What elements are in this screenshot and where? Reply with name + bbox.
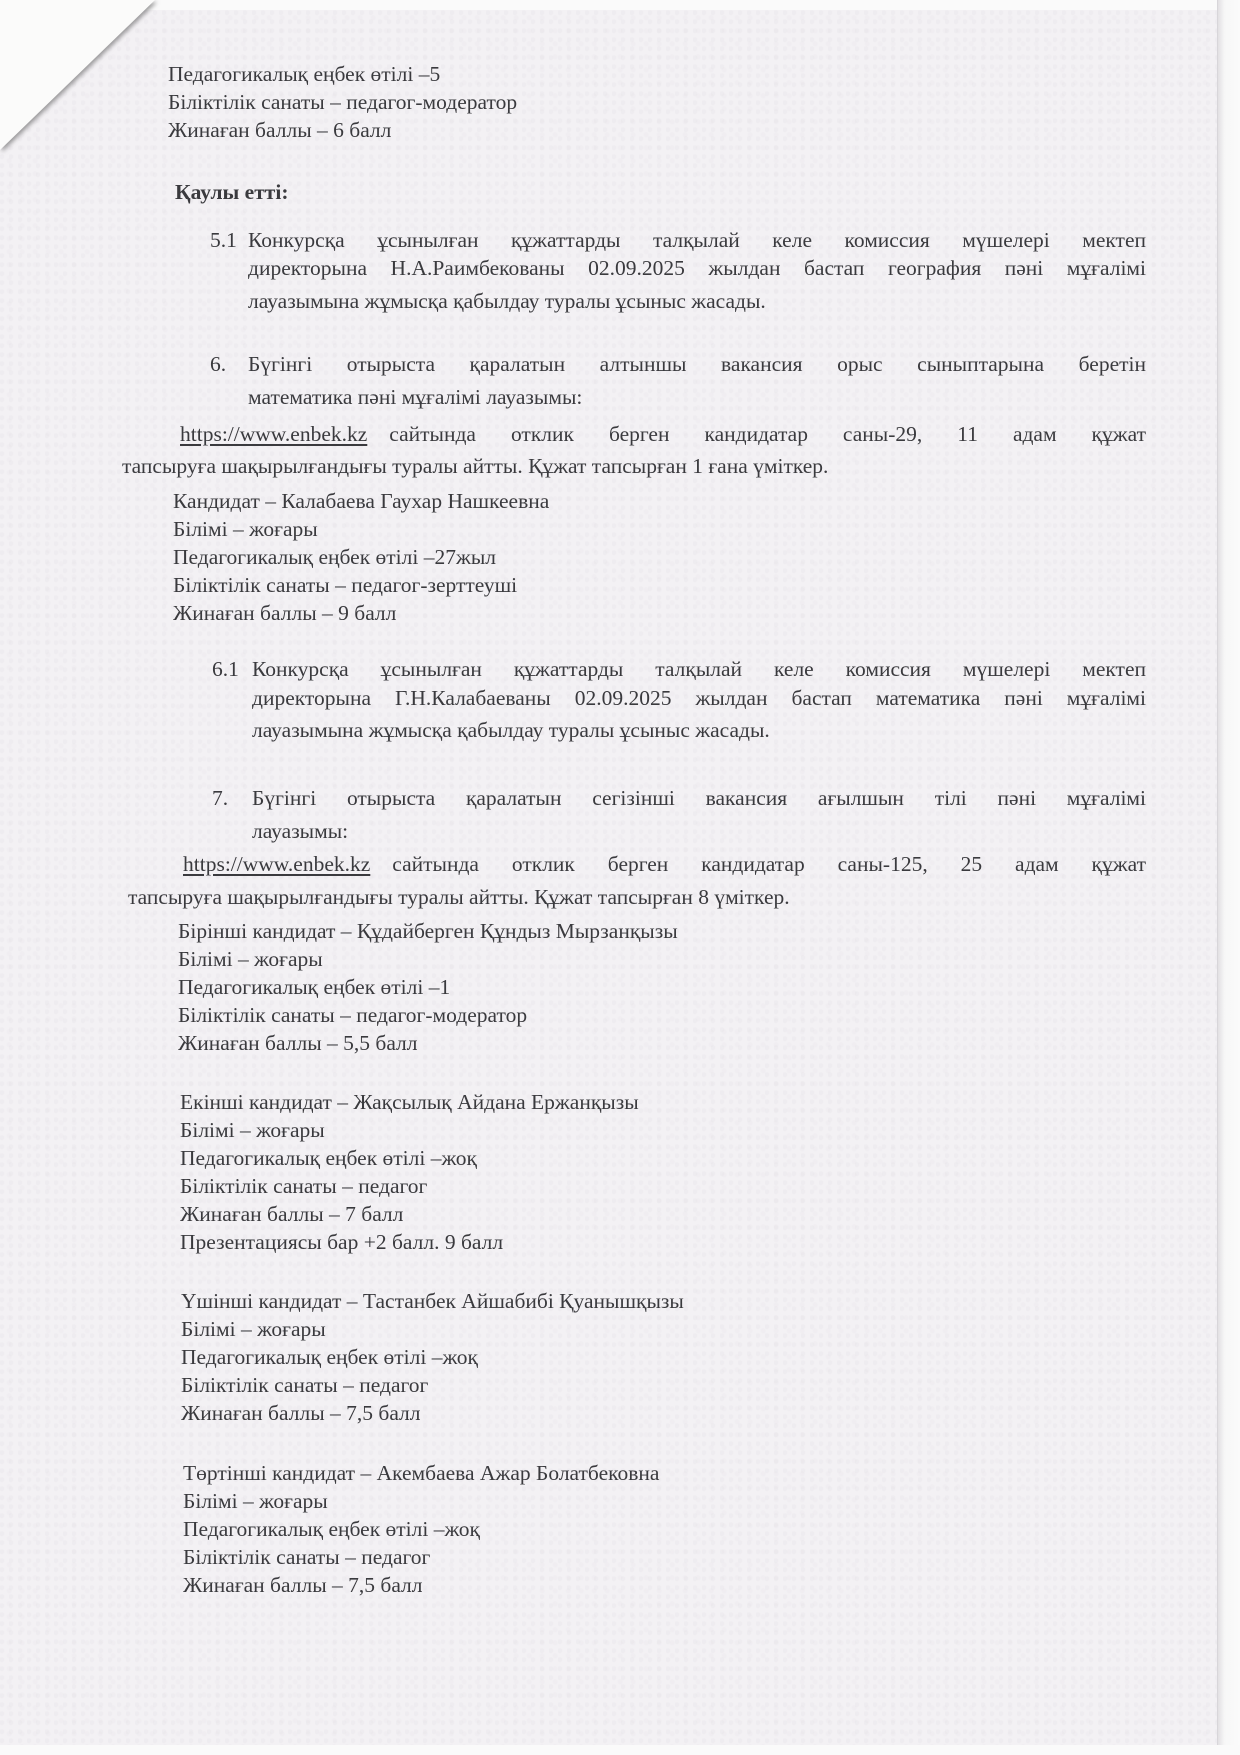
candidate-category: Біліктілік санаты – педагог-модератор bbox=[178, 1001, 678, 1029]
candidate-score: Жинаған баллы – 7,5 балл bbox=[181, 1399, 684, 1427]
candidate-name: Бірінші кандидат – Құдайберген Құндыз Мы… bbox=[178, 917, 678, 945]
item-5-1-line1: Конкурсқа ұсынылған құжаттарды талқылай … bbox=[248, 226, 1146, 254]
item-6-1-line3: лауазымына жұмысқа қабылдау туралы ұсыны… bbox=[252, 716, 770, 744]
item-6-1-line2: директорына Г.Н.Калабаеваны 02.09.2025 ж… bbox=[252, 684, 1146, 712]
item-5-1-number: 5.1 bbox=[210, 226, 237, 254]
item-7-line3: https://www.enbek.kz сайтында отклик бер… bbox=[183, 850, 1146, 878]
candidate-category: Біліктілік санаты – педагог bbox=[183, 1543, 659, 1571]
candidate-experience: Педагогикалық еңбек өтілі –27жыл bbox=[173, 543, 549, 571]
candidate-education: Білімі – жоғары bbox=[183, 1487, 659, 1515]
item-6-1-line1: Конкурсқа ұсынылған құжаттарды талқылай … bbox=[252, 655, 1146, 683]
candidate-category: Біліктілік санаты – педагог-зерттеуші bbox=[173, 571, 549, 599]
candidate-score: Жинаған баллы – 5,5 балл bbox=[178, 1029, 678, 1057]
item-6-line4: тапсыруға шақырылғандығы туралы айтты. Қ… bbox=[122, 452, 828, 480]
item-7-candidate-3: Үшінші кандидат – Тастанбек Айшабибі Қуа… bbox=[181, 1287, 684, 1427]
item-7-number: 7. bbox=[212, 784, 228, 812]
item-6-line1: Бүгінгі отырыста қаралатын алтыншы вакан… bbox=[248, 350, 1146, 378]
item-7-candidate-4: Төртінші кандидат – Акембаева Ажар Болат… bbox=[183, 1459, 659, 1599]
candidate-name: Төртінші кандидат – Акембаева Ажар Болат… bbox=[183, 1459, 659, 1487]
candidate-category: Біліктілік санаты – педагог bbox=[181, 1371, 684, 1399]
candidate-experience: Педагогикалық еңбек өтілі –1 bbox=[178, 973, 678, 1001]
candidate-name: Кандидат – Калабаева Гаухар Нашкеевна bbox=[173, 487, 549, 515]
candidate-extra: Презентациясы бар +2 балл. 9 балл bbox=[180, 1228, 639, 1256]
candidate-category: Біліктілік санаты – педагог bbox=[180, 1172, 639, 1200]
candidate-education: Білімі – жоғары bbox=[180, 1116, 639, 1144]
candidate-name: Үшінші кандидат – Тастанбек Айшабибі Қуа… bbox=[181, 1287, 684, 1315]
item-5-1-line2: директорына Н.А.Раимбекованы 02.09.2025 … bbox=[248, 254, 1146, 282]
scan-top-margin bbox=[0, 0, 1240, 10]
candidate-name: Екінші кандидат – Жақсылық Айдана Ержанқ… bbox=[180, 1088, 639, 1116]
enbek-link[interactable]: https://www.enbek.kz bbox=[180, 420, 367, 448]
item-6-line3-rest: сайтында отклик берген кандидатар саны-2… bbox=[389, 420, 1146, 448]
folded-corner bbox=[0, 0, 155, 150]
item-6-line3: https://www.enbek.kz сайтында отклик бер… bbox=[180, 420, 1146, 448]
scan-bottom-margin bbox=[0, 1745, 1240, 1755]
candidate-experience: Педагогикалық еңбек өтілі –жоқ bbox=[183, 1515, 659, 1543]
item-7-line4: тапсыруға шақырылғандығы туралы айтты. Қ… bbox=[128, 883, 790, 911]
prev-candidate-experience: Педагогикалық еңбек өтілі –5 bbox=[168, 60, 440, 88]
item-7-line1: Бүгінгі отырыста қаралатын сегізінші вак… bbox=[252, 784, 1146, 812]
candidate-score: Жинаған баллы – 9 балл bbox=[173, 599, 549, 627]
item-7-line2: лауазымы: bbox=[252, 817, 348, 845]
candidate-score: Жинаған баллы – 7,5 балл bbox=[183, 1571, 659, 1599]
candidate-education: Білімі – жоғары bbox=[173, 515, 549, 543]
candidate-education: Білімі – жоғары bbox=[181, 1315, 684, 1343]
item-5-1-line3: лауазымына жұмысқа қабылдау туралы ұсыны… bbox=[248, 287, 766, 315]
enbek-link[interactable]: https://www.enbek.kz bbox=[183, 850, 370, 878]
item-6-number: 6. bbox=[210, 350, 226, 378]
prev-candidate-category: Біліктілік санаты – педагог-модератор bbox=[168, 88, 517, 116]
candidate-experience: Педагогикалық еңбек өтілі –жоқ bbox=[180, 1144, 639, 1172]
scan-right-edge bbox=[1217, 0, 1240, 1755]
item-7-candidate-1: Бірінші кандидат – Құдайберген Құндыз Мы… bbox=[178, 917, 678, 1057]
item-6-1-number: 6.1 bbox=[212, 655, 239, 683]
item-7-candidate-2: Екінші кандидат – Жақсылық Айдана Ержанқ… bbox=[180, 1088, 639, 1256]
candidate-education: Білімі – жоғары bbox=[178, 945, 678, 973]
candidate-score: Жинаған баллы – 7 балл bbox=[180, 1200, 639, 1228]
item-6-line2: математика пәні мұғалімі лауазымы: bbox=[248, 383, 582, 411]
item-7-line3-rest: сайтында отклик берген кандидатар саны-1… bbox=[392, 850, 1146, 878]
item-6-candidate: Кандидат – Калабаева Гаухар Нашкеевна Бі… bbox=[173, 487, 549, 627]
prev-candidate-score: Жинаған баллы – 6 балл bbox=[168, 116, 391, 144]
candidate-experience: Педагогикалық еңбек өтілі –жоқ bbox=[181, 1343, 684, 1371]
resolution-heading: Қаулы етті: bbox=[175, 178, 288, 206]
